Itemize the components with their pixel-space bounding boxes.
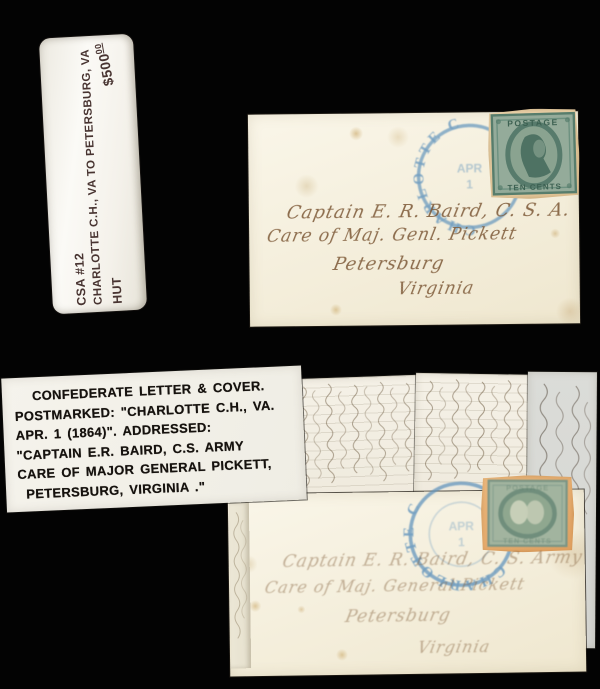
description-label: CONFEDERATE LETTER & COVER. POSTMARKED: … bbox=[1, 366, 307, 513]
faded-portrait bbox=[510, 500, 528, 524]
stamp-denomination-text: TEN CENTS bbox=[503, 538, 552, 545]
address-line-1: Captain E. R. Baird, C. S. A. bbox=[285, 199, 573, 223]
stamp-top: POSTAGE TEN CENTS bbox=[490, 112, 577, 196]
address-line-1: Captain E. R. Baird, C. S. Army bbox=[281, 548, 585, 572]
stamp-denomination-text: TEN CENTS bbox=[507, 182, 562, 193]
price-cents: 00 bbox=[92, 42, 104, 54]
stamp-bottom: POSTAGE TEN CENTS bbox=[487, 479, 568, 547]
price-tag-initials: HUT bbox=[110, 277, 125, 305]
top-cover: CHARLOTTE C.H. VA. APR 1 POSTAGE TEN CEN… bbox=[248, 111, 580, 326]
address-line-4: Virginia bbox=[416, 637, 492, 657]
stamp-backing-top: POSTAGE TEN CENTS bbox=[487, 107, 580, 200]
postmark-date-month: APR bbox=[457, 161, 483, 175]
price-tag: CSA #12 CHARLOTTE C.H., VA TO PETERSBURG… bbox=[39, 34, 147, 315]
faded-portrait bbox=[526, 500, 544, 524]
stamp-postage-text: POSTAGE bbox=[506, 483, 549, 492]
address-line-2: Care of Maj. Genl. Pickett bbox=[265, 224, 519, 247]
folded-letter-edge bbox=[229, 502, 251, 668]
postmark-date-day: 1 bbox=[458, 535, 465, 549]
stamp-backing-bottom: POSTAGE TEN CENTS bbox=[481, 475, 574, 552]
price-tag-text: CSA #12 CHARLOTTE C.H., VA TO PETERSBURG… bbox=[41, 41, 145, 307]
stamp-postage-text: POSTAGE bbox=[507, 117, 559, 128]
postmark-date-month: APR bbox=[448, 519, 474, 533]
bottom-cover: CHARLOTTE C.H. VA. APR 1 POSTAGE TEN CEN… bbox=[228, 490, 587, 677]
handwriting-strokes bbox=[229, 502, 251, 668]
postmark-date-day: 1 bbox=[466, 177, 473, 191]
price-tag-price: $50000 bbox=[92, 41, 116, 87]
address-line-3: Petersburg bbox=[331, 253, 446, 275]
photo-stage: CSA #12 CHARLOTTE C.H., VA TO PETERSBURG… bbox=[0, 0, 600, 689]
address-line-3: Petersburg bbox=[343, 605, 452, 627]
address-line-2: Care of Maj. General Pickett bbox=[263, 574, 527, 597]
address-line-4: Virginia bbox=[396, 278, 476, 299]
